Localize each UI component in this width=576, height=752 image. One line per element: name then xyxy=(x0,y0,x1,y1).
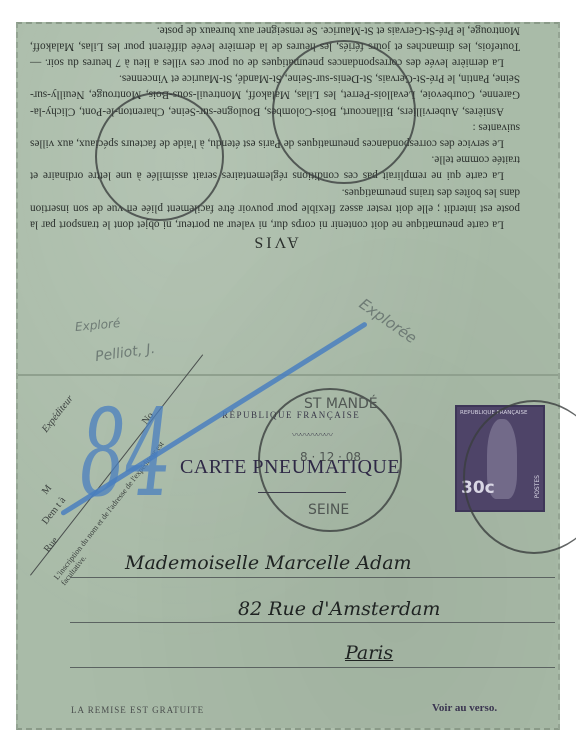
address-city: Paris xyxy=(345,642,393,664)
postmark-st-mande: ST MANDÉ 8 · 12 · 08 SEINE xyxy=(258,388,402,532)
postmark-paris-1 xyxy=(95,92,224,221)
footer-free-delivery: LA REMISE EST GRATUITE xyxy=(71,705,204,715)
postmark-bottom-text: SEINE xyxy=(308,502,349,518)
avis-paragraph: La dernière levée des correspondances pn… xyxy=(30,22,520,71)
avis-title: AVIS xyxy=(30,233,520,251)
address-street: 82 Rue d'Amsterdam xyxy=(238,598,440,620)
address-line-3 xyxy=(70,667,555,668)
blue-crayon-number: 84 xyxy=(80,395,172,515)
footer-see-back: Voir au verso. xyxy=(432,702,497,714)
postmark-paris-2 xyxy=(272,40,416,184)
postmark-date: 8 · 12 · 08 xyxy=(300,450,361,464)
postmark-top-text: ST MANDÉ xyxy=(304,396,378,412)
address-line-2 xyxy=(70,622,555,623)
avis-paragraph: La carte pneumatique ne doit contenir ni… xyxy=(30,184,520,233)
address-recipient: Mademoiselle Marcelle Adam xyxy=(125,552,412,574)
address-line-1 xyxy=(70,577,555,578)
